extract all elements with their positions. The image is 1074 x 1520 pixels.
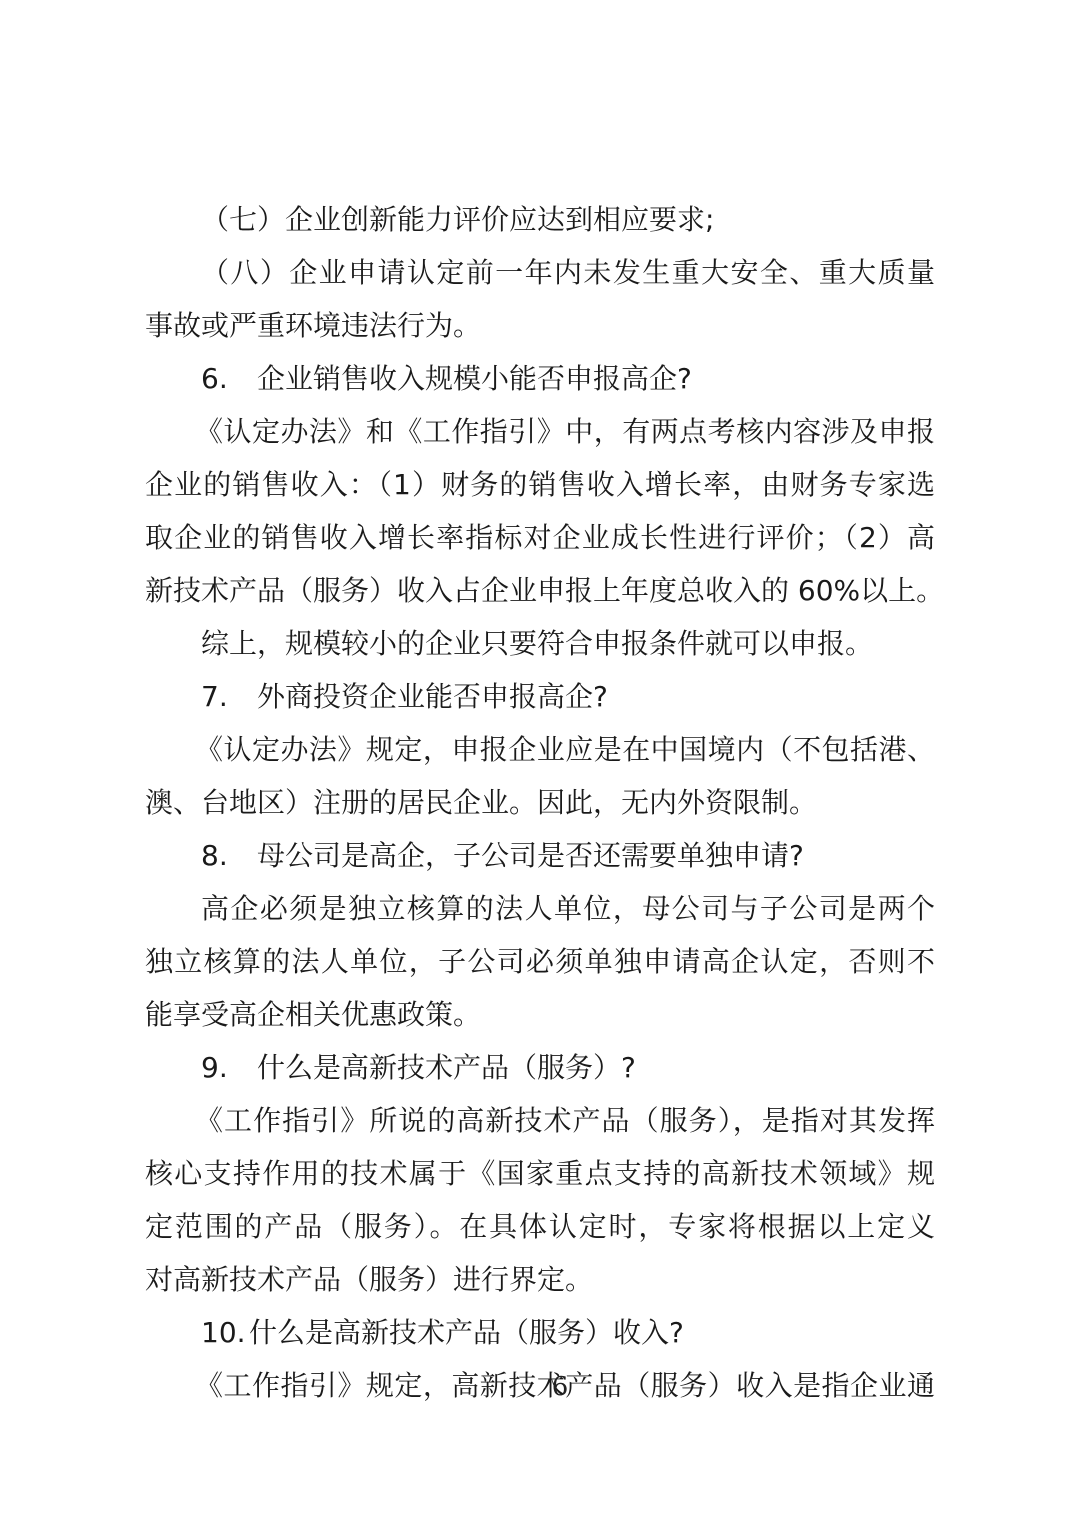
- faq-6-number: 6.: [201, 352, 257, 405]
- faq-6-answer-line: 企业的销售收入：（1）财务的销售收入增长率，由财务专家选: [145, 458, 935, 511]
- faq-10-number: 10.: [201, 1306, 249, 1359]
- faq-8-question: 8.母公司是高企，子公司是否还需要单独申请?: [145, 829, 935, 882]
- faq-9-question: 9.什么是高新技术产品（服务）?: [145, 1041, 935, 1094]
- faq-7-answer-line: 澳、台地区）注册的居民企业。因此，无内外资限制。: [145, 776, 935, 829]
- faq-9-answer-line: 定范围的产品（服务）。在具体认定时，专家将根据以上定义: [145, 1200, 935, 1253]
- faq-6-question-text: 企业销售收入规模小能否申报高企?: [257, 362, 692, 395]
- requirement-item-8-line-2: 事故或严重环境违法行为。: [145, 299, 935, 352]
- faq-6-answer-line: 《认定办法》和《工作指引》中，有两点考核内容涉及申报: [145, 405, 935, 458]
- faq-7-answer-line: 《认定办法》规定，申报企业应是在中国境内（不包括港、: [145, 723, 935, 776]
- faq-6-answer-line: 取企业的销售收入增长率指标对企业成长性进行评价；（2）高: [145, 511, 935, 564]
- faq-7-number: 7.: [201, 670, 257, 723]
- faq-8-answer-line: 独立核算的法人单位，子公司必须单独申请高企认定，否则不: [145, 935, 935, 988]
- faq-10-question-text: 什么是高新技术产品（服务）收入?: [249, 1316, 684, 1349]
- faq-8-answer-line: 能享受高企相关优惠政策。: [145, 988, 935, 1041]
- faq-10-question: 10.什么是高新技术产品（服务）收入?: [145, 1306, 935, 1359]
- faq-8-question-text: 母公司是高企，子公司是否还需要单独申请?: [257, 839, 804, 872]
- faq-9-number: 9.: [201, 1041, 257, 1094]
- faq-7-question: 7.外商投资企业能否申报高企?: [145, 670, 935, 723]
- faq-9-answer-line: 对高新技术产品（服务）进行界定。: [145, 1253, 935, 1306]
- requirement-item-7: （七）企业创新能力评价应达到相应要求;: [145, 193, 935, 246]
- faq-9-answer-line: 《工作指引》所说的高新技术产品（服务），是指对其发挥: [145, 1094, 935, 1147]
- document-page: （七）企业创新能力评价应达到相应要求; （八）企业申请认定前一年内未发生重大安全…: [145, 193, 935, 1412]
- requirement-item-8-line-1: （八）企业申请认定前一年内未发生重大安全、重大质量: [145, 246, 935, 299]
- faq-7-question-text: 外商投资企业能否申报高企?: [257, 680, 608, 713]
- faq-6-answer-line: 新技术产品（服务）收入占企业申报上年度总收入的 60%以上。: [145, 564, 935, 617]
- page-number: 6: [0, 1372, 1074, 1402]
- faq-9-answer-line: 核心支持作用的技术属于《国家重点支持的高新技术领域》规: [145, 1147, 935, 1200]
- faq-6-answer-line: 综上，规模较小的企业只要符合申报条件就可以申报。: [145, 617, 935, 670]
- faq-6-question: 6.企业销售收入规模小能否申报高企?: [145, 352, 935, 405]
- faq-9-question-text: 什么是高新技术产品（服务）?: [257, 1051, 636, 1084]
- faq-8-number: 8.: [201, 829, 257, 882]
- faq-8-answer-line: 高企必须是独立核算的法人单位，母公司与子公司是两个: [145, 882, 935, 935]
